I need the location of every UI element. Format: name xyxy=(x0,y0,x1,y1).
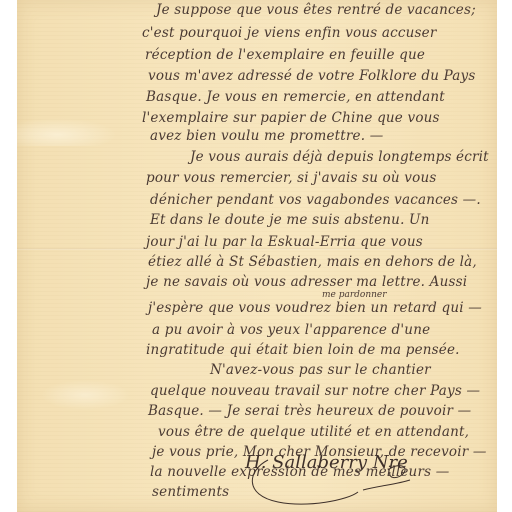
letter-line: jour j'ai lu par la Eskual-Erria que vou… xyxy=(146,234,423,250)
signature: H. Sallaberry Nre xyxy=(245,452,408,473)
letter-line: Basque. — Je serai très heureux de pouvo… xyxy=(148,403,471,419)
letter-line: réception de l'exemplaire en feuille que xyxy=(145,47,425,63)
signature-flourish xyxy=(238,440,418,510)
interlinear-insertion: me pardonner xyxy=(322,290,387,300)
paper-crease xyxy=(17,118,117,146)
letter-line: Je vous aurais déjà depuis longtemps écr… xyxy=(190,149,489,165)
letter-line: Et dans le doute je me suis abstenu. Un xyxy=(150,212,430,228)
letter-line: Basque. Je vous en remercie, en attendan… xyxy=(146,89,445,105)
letter-line: pour vous remercier, si j'avais su où vo… xyxy=(146,170,436,186)
letter-line: l'exemplaire sur papier de Chine que vou… xyxy=(142,110,440,126)
letter-line: ingratitude qui était bien loin de ma pe… xyxy=(146,342,460,358)
letter-line: vous être de quelque utilité et en atten… xyxy=(158,424,469,440)
letter-line: c'est pourquoi je viens enfin vous accus… xyxy=(142,25,437,41)
letter-line: j'espère que vous voudrez bien un retard… xyxy=(148,300,482,316)
letter-scan: Je suppose que vous êtes rentré de vacan… xyxy=(0,0,512,512)
letter-line: a pu avoir à vos yeux l'apparence d'une xyxy=(152,322,430,338)
letter-line: je ne savais où vous adresser ma lettre.… xyxy=(146,274,467,290)
paper-crease xyxy=(40,380,130,410)
letter-line: avez bien voulu me promettre. — xyxy=(150,128,383,144)
letter-line: Je suppose que vous êtes rentré de vacan… xyxy=(156,2,476,18)
letter-line: N'avez-vous pas sur le chantier xyxy=(210,362,431,378)
letter-line: quelque nouveau travail sur notre cher P… xyxy=(150,383,480,399)
letter-line: sentiments xyxy=(152,484,229,500)
letter-line: étiez allé à St Sébastien, mais en dehor… xyxy=(148,254,477,270)
letter-line: dénicher pendant vos vagabondes vacances… xyxy=(150,192,481,208)
letter-line: vous m'avez adressé de votre Folklore du… xyxy=(148,68,476,84)
